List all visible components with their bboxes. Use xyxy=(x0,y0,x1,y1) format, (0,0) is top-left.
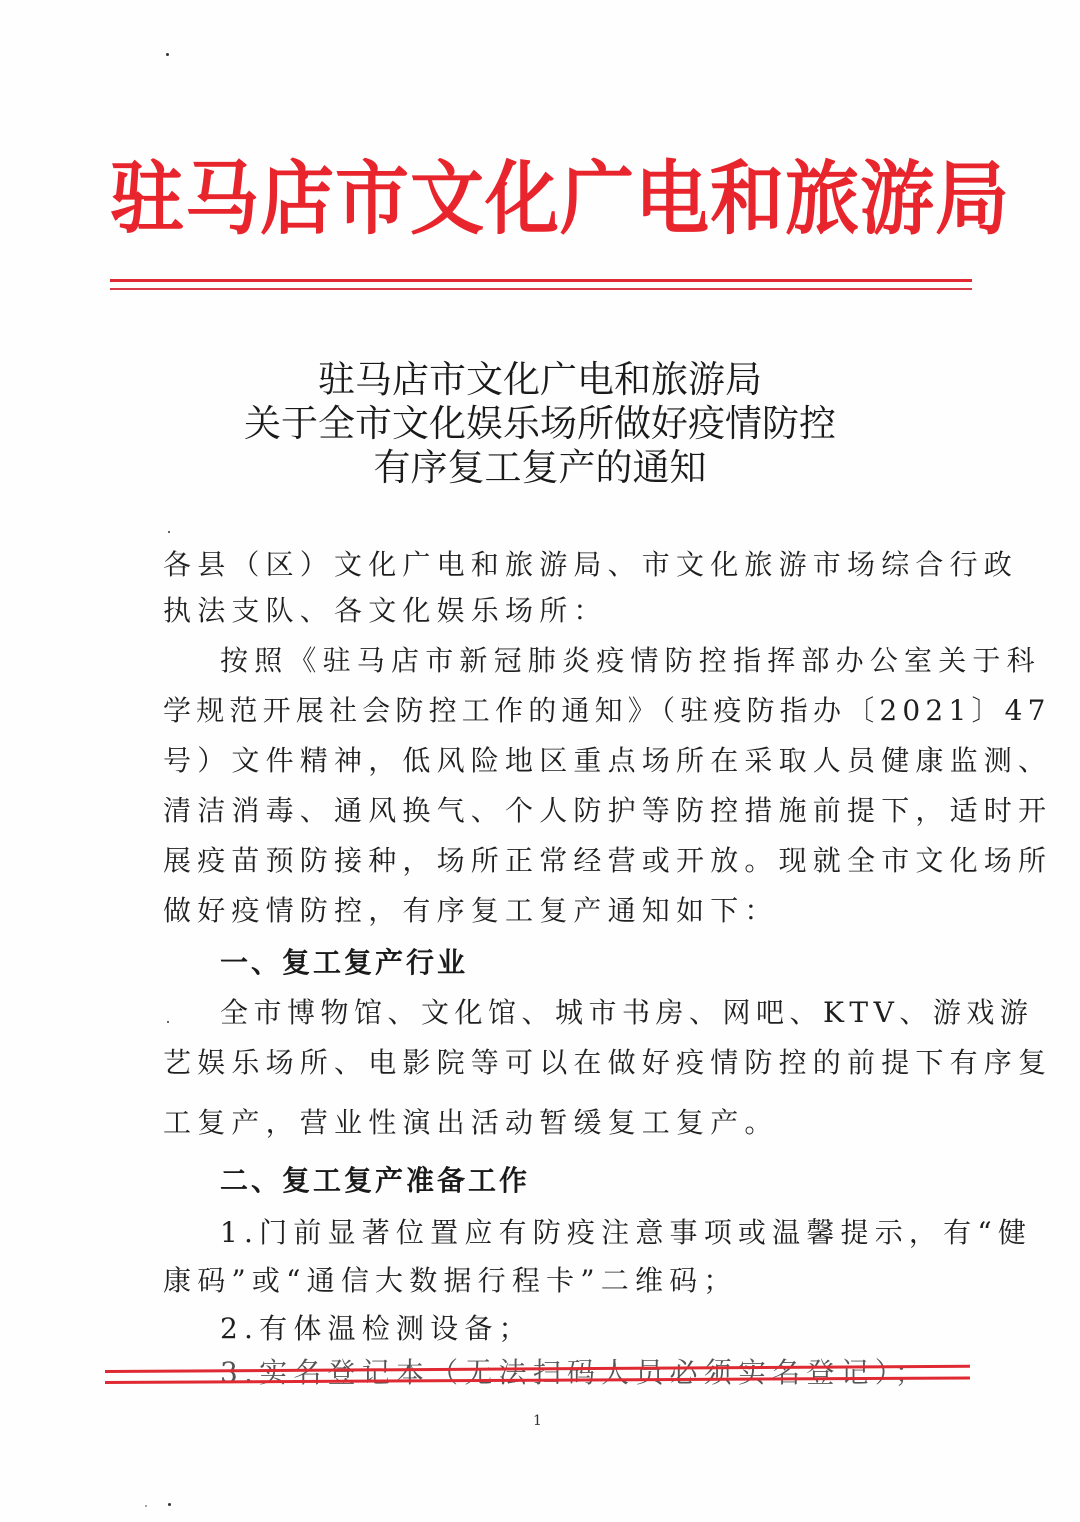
scan-speck xyxy=(167,1021,169,1023)
salutation-line: 各县（区）文化广电和旅游局、市文化旅游市场综合行政 xyxy=(163,547,1018,583)
document-title-line-2: 关于全市文化娱乐场所做好疫情防控 xyxy=(110,402,970,446)
letterhead-rule-top xyxy=(110,279,972,282)
list-item-line: 3.实名登记本（无法扫码人员必须实名登记）； xyxy=(220,1355,929,1391)
letterhead-issuer: 驻马店市文化广电和旅游局 xyxy=(110,140,970,259)
paragraph-line: 做好疫情防控，有序复工复产通知如下： xyxy=(163,893,779,929)
letterhead-rule-bottom xyxy=(110,288,972,290)
document-title-line-3: 有序复工复产的通知 xyxy=(110,446,970,490)
paragraph-line: 号）文件精神，低风险地区重点场所在采取人员健康监测、 xyxy=(163,743,1052,779)
paragraph-line: 工复产，营业性演出活动暂缓复工复产。 xyxy=(163,1105,779,1141)
paragraph-line: 清洁消毒、通风换气、个人防护等防控措施前提下，适时开 xyxy=(163,793,1052,829)
list-item-line: 2.有体温检测设备； xyxy=(220,1311,533,1347)
page-number: 1 xyxy=(533,1413,542,1429)
scan-speck xyxy=(166,53,169,56)
scan-speck xyxy=(145,1505,147,1507)
scan-speck xyxy=(168,1503,171,1506)
paragraph-line: 全市博物馆、文化馆、城市书房、网吧、KTV、游戏游 xyxy=(220,995,1033,1031)
section-heading: 一、复工复产行业 xyxy=(220,945,468,981)
paragraph-line: 展疫苗预防接种，场所正常经营或开放。现就全市文化场所 xyxy=(163,843,1052,879)
document-page: 驻马店市文化广电和旅游局 驻马店市文化广电和旅游局 关于全市文化娱乐场所做好疫情… xyxy=(0,0,1080,1522)
section-heading: 二、复工复产准备工作 xyxy=(220,1163,530,1199)
list-item-line: 1.门前显著位置应有防疫注意事项或温馨提示，有“健 xyxy=(220,1215,1032,1251)
scan-speck xyxy=(168,531,170,533)
paragraph-line: 按照《驻马店市新冠肺炎疫情防控指挥部办公室关于科 xyxy=(220,643,1041,679)
list-item-line: 康码”或“通信大数据行程卡”二维码； xyxy=(163,1263,738,1299)
paragraph-line: 学规范开展社会防控工作的通知》（驻疫防指办〔2021〕47 xyxy=(163,693,1051,729)
document-title-line-1: 驻马店市文化广电和旅游局 xyxy=(110,358,970,402)
paragraph-line: 艺娱乐场所、电影院等可以在做好疫情防控的前提下有序复 xyxy=(163,1045,1052,1081)
salutation-line: 执法支队、各文化娱乐场所： xyxy=(163,593,608,629)
